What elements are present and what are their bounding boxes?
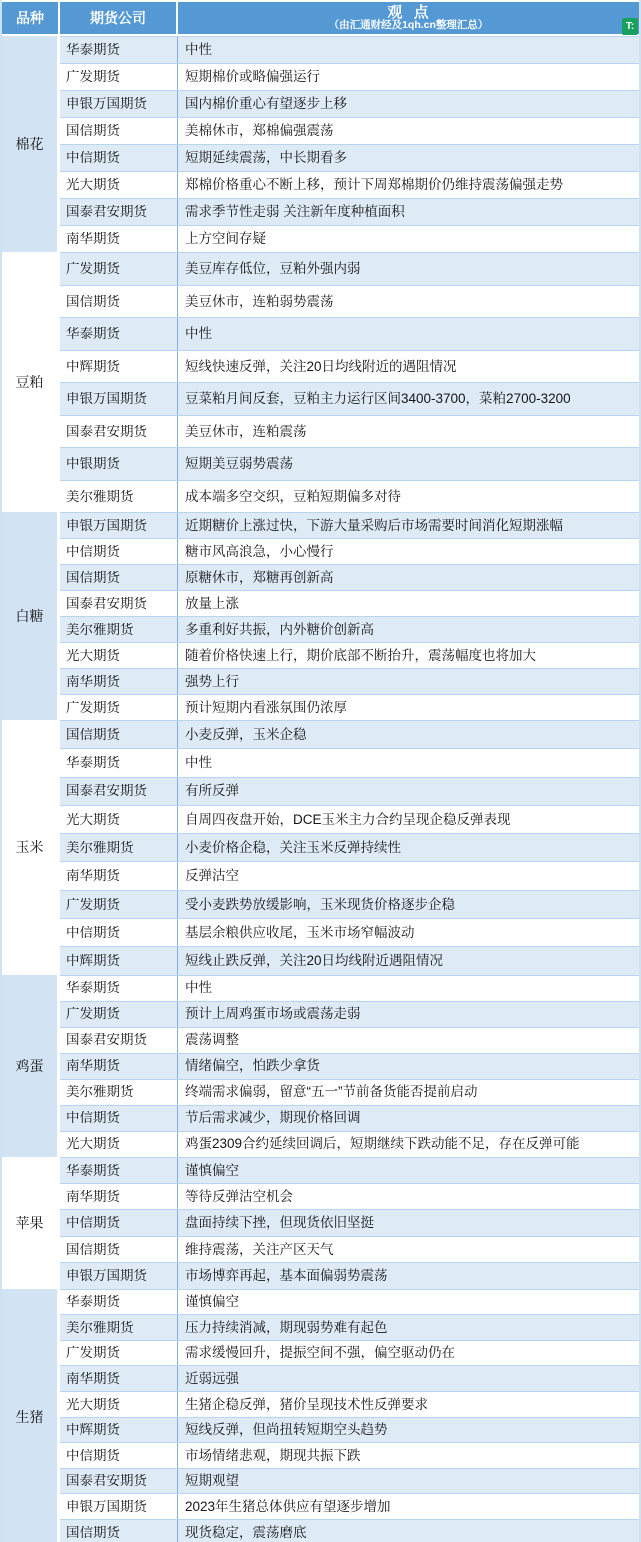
opinion-cell: 维持震荡，关注产区天气: [177, 1237, 639, 1262]
opinion-cell: 现货稳定，震荡磨底: [177, 1520, 639, 1542]
company-cell: 南华期货: [60, 869, 177, 883]
table-row: 广发期货短期棉价或略偏强运行: [60, 63, 639, 90]
opinion-cell: 郑棉价格重心不断上移，预计下周郑棉期价仍维持震荡偏强走势: [177, 172, 639, 198]
table-row: 国泰君安期货需求季节性走弱 关注新年度种植面积: [60, 198, 639, 225]
opinion-cell: 鸡蛋2309合约延续回调后，短期继续下跌动能不足，存在反弹可能: [177, 1132, 639, 1157]
company-cell: 国信期货: [60, 728, 177, 742]
opinion-cell: 短线快速反弹，关注20日均线附近的遇阻情况: [177, 351, 639, 383]
opinion-cell: 2023年生猪总体供应有望逐步增加: [177, 1494, 639, 1519]
opinion-cell: 近弱远强: [177, 1366, 639, 1391]
table-row: 光大期货随着价格快速上行，期价底部不断抬升，震荡幅度也将加大: [60, 642, 639, 668]
table-row: 光大期货郑棉价格重心不断上移，预计下周郑棉期价仍维持震荡偏强走势: [60, 171, 639, 198]
table-row: 国信期货原糖休市，郑糖再创新高: [60, 564, 639, 590]
company-cell: 中信期货: [60, 545, 177, 559]
section-rows: 华泰期货谨慎偏空美尔雅期货压力持续消减，期现弱势难有起色广发期货需求缓慢回升，提…: [60, 1289, 639, 1542]
opinion-cell: 市场博弈再起，基本面偏弱势震荡: [177, 1263, 639, 1288]
table-row: 国泰君安期货短期观望: [60, 1468, 639, 1494]
opinion-cell: 国内棉价重心有望逐步上移: [177, 91, 639, 117]
opinion-cell: 节后需求减少，期现价格回调: [177, 1106, 639, 1131]
table-row: 美尔雅期货压力持续消减，期现弱势难有起色: [60, 1314, 639, 1340]
company-cell: 中信期货: [60, 151, 177, 165]
variety-cell: 白糖: [2, 512, 60, 720]
company-cell: 申银万国期货: [60, 392, 177, 406]
commodity-section: 生猪华泰期货谨慎偏空美尔雅期货压力持续消减，期现弱势难有起色广发期货需求缓慢回升…: [2, 1289, 639, 1542]
variety-cell: 鸡蛋: [2, 975, 60, 1157]
commodity-section: 玉米国信期货小麦反弹，玉米企稳华泰期货中性国泰君安期货有所反弹光大期货自周四夜盘…: [2, 720, 639, 975]
opinion-cell: 美豆库存低位，豆粕外强内弱: [177, 253, 639, 285]
table-row: 国泰君安期货美豆休市，连粕震荡: [60, 415, 639, 448]
table-row: 国泰君安期货有所反弹: [60, 777, 639, 805]
company-cell: 申银万国期货: [60, 1269, 177, 1283]
table-row: 中辉期货短线反弹，但尚扭转短期空头趋势: [60, 1417, 639, 1443]
opinion-cell: 反弹沽空: [177, 862, 639, 889]
opinion-cell: 盘面持续下挫，但现货依旧坚挺: [177, 1210, 639, 1235]
company-cell: 华泰期货: [60, 981, 177, 995]
company-cell: 国泰君安期货: [60, 205, 177, 219]
opinion-cell: 美豆休市，连粕震荡: [177, 416, 639, 448]
variety-cell: 玉米: [2, 720, 60, 975]
section-rows: 华泰期货中性广发期货预计上周鸡蛋市场或震荡走弱国泰君安期货震荡调整南华期货情绪偏…: [60, 975, 639, 1157]
company-cell: 华泰期货: [60, 43, 177, 57]
header-viewpoint-title: 观 点: [387, 5, 429, 21]
company-cell: 国信期货: [60, 124, 177, 138]
table-row: 中信期货糖市风高浪急，小心慢行: [60, 538, 639, 564]
table-row: 中信期货基层余粮供应收尾，玉米市场窄幅波动: [60, 918, 639, 946]
company-cell: 中辉期货: [60, 360, 177, 374]
company-cell: 广发期货: [60, 898, 177, 912]
table-row: 华泰期货中性: [60, 317, 639, 350]
table-row: 华泰期货中性: [60, 748, 639, 776]
opinion-cell: 短期延续震荡，中长期看多: [177, 145, 639, 171]
opinion-cell: 上方空间存疑: [177, 226, 639, 252]
section-rows: 华泰期货中性广发期货短期棉价或略偏强运行申银万国期货国内棉价重心有望逐步上移国信…: [60, 36, 639, 252]
company-cell: 国泰君安期货: [60, 784, 177, 798]
opinion-cell: 受小麦跌势放缓影响，玉米现货价格逐步企稳: [177, 891, 639, 918]
company-cell: 中信期货: [60, 1216, 177, 1230]
opinion-cell: 短线止跌反弹，关注20日均线附近遇阻情况: [177, 947, 639, 974]
table-row: 中辉期货短线快速反弹，关注20日均线附近的遇阻情况: [60, 350, 639, 383]
table-row: 申银万国期货国内棉价重心有望逐步上移: [60, 90, 639, 117]
table-row: 中辉期货短线止跌反弹，关注20日均线附近遇阻情况: [60, 946, 639, 974]
commodity-section: 棉花华泰期货中性广发期货短期棉价或略偏强运行申银万国期货国内棉价重心有望逐步上移…: [2, 36, 639, 252]
company-cell: 国信期货: [60, 295, 177, 309]
company-cell: 广发期货: [60, 1007, 177, 1021]
company-cell: 华泰期货: [60, 1295, 177, 1309]
company-cell: 光大期货: [60, 813, 177, 827]
opinion-cell: 美棉休市，郑棉偏强震荡: [177, 118, 639, 144]
table-row: 南华期货情绪偏空，怕跌少拿货: [60, 1053, 639, 1079]
variety-cell: 棉花: [2, 36, 60, 252]
company-cell: 中银期货: [60, 457, 177, 471]
commodity-section: 白糖申银万国期货近期糖价上涨过快，下游大量采购后市场需要时间消化短期涨幅中信期货…: [2, 512, 639, 720]
green-tag-icon[interactable]: T:: [622, 18, 638, 35]
table-row: 南华期货强势上行: [60, 668, 639, 694]
opinion-cell: 需求缓慢回升，提振空间不强，偏空驱动仍在: [177, 1341, 639, 1366]
table-row: 广发期货预计短期内看涨氛围仍浓厚: [60, 694, 639, 720]
table-row: 中银期货短期美豆弱势震荡: [60, 447, 639, 480]
table-row: 华泰期货中性: [60, 36, 639, 63]
table-row: 国信期货现货稳定，震荡磨底: [60, 1519, 639, 1542]
opinion-cell: 中性: [177, 976, 639, 1001]
opinion-cell: 生猪企稳反弹，猪价呈现技术性反弹要求: [177, 1392, 639, 1417]
opinion-cell: 强势上行: [177, 669, 639, 694]
header-viewpoint: 观 点 （由汇通财经及1qh.cn整理汇总）: [178, 2, 639, 34]
company-cell: 中信期货: [60, 926, 177, 940]
company-cell: 中辉期货: [60, 954, 177, 968]
opinion-cell: 豆菜粕月间反套，豆粕主力运行区间3400-3700，菜粕2700-3200: [177, 383, 639, 415]
table-row: 中信期货短期延续震荡，中长期看多: [60, 144, 639, 171]
table-row: 华泰期货谨慎偏空: [60, 1157, 639, 1183]
opinion-cell: 预计上周鸡蛋市场或震荡走弱: [177, 1002, 639, 1027]
opinion-cell: 谨慎偏空: [177, 1290, 639, 1315]
company-cell: 中信期货: [60, 1449, 177, 1463]
futures-opinions-table: 品种 期货公司 观 点 （由汇通财经及1qh.cn整理汇总） 棉花华泰期货中性广…: [0, 0, 641, 1542]
company-cell: 国泰君安期货: [60, 1474, 177, 1488]
section-rows: 华泰期货谨慎偏空南华期货等待反弹沽空机会中信期货盘面持续下挫，但现货依旧坚挺国信…: [60, 1157, 639, 1289]
company-cell: 国信期货: [60, 1243, 177, 1257]
company-cell: 美尔雅期货: [60, 1321, 177, 1335]
table-row: 广发期货需求缓慢回升，提振空间不强，偏空驱动仍在: [60, 1340, 639, 1366]
table-row: 美尔雅期货成本端多空交织，豆粕短期偏多对待: [60, 480, 639, 513]
opinion-cell: 放量上涨: [177, 591, 639, 616]
header-variety: 品种: [2, 2, 60, 34]
opinion-cell: 随着价格快速上行，期价底部不断抬升，震荡幅度也将加大: [177, 643, 639, 668]
company-cell: 光大期货: [60, 178, 177, 192]
opinion-cell: 自周四夜盘开始，DCE玉米主力合约呈现企稳反弹表现: [177, 806, 639, 833]
company-cell: 广发期货: [60, 701, 177, 715]
company-cell: 中信期货: [60, 1111, 177, 1125]
opinion-cell: 多重利好共振，内外糖价创新高: [177, 617, 639, 642]
table-row: 国信期货维持震荡，关注产区天气: [60, 1236, 639, 1262]
opinion-cell: 成本端多空交织，豆粕短期偏多对待: [177, 481, 639, 513]
table-row: 光大期货鸡蛋2309合约延续回调后，短期继续下跌动能不足，存在反弹可能: [60, 1131, 639, 1157]
company-cell: 申银万国期货: [60, 519, 177, 533]
opinion-cell: 中性: [177, 37, 639, 63]
opinion-cell: 糖市风高浪急，小心慢行: [177, 539, 639, 564]
opinion-cell: 等待反弹沽空机会: [177, 1184, 639, 1209]
company-cell: 中辉期货: [60, 1423, 177, 1437]
opinion-cell: 中性: [177, 318, 639, 350]
table-row: 国信期货美豆休市，连粕弱势震荡: [60, 285, 639, 318]
table-row: 国泰君安期货震荡调整: [60, 1027, 639, 1053]
opinion-cell: 终端需求偏弱，留意“五一”节前备货能否提前启动: [177, 1080, 639, 1105]
company-cell: 光大期货: [60, 1137, 177, 1151]
table-row: 中信期货盘面持续下挫，但现货依旧坚挺: [60, 1209, 639, 1235]
company-cell: 广发期货: [60, 70, 177, 84]
company-cell: 南华期货: [60, 232, 177, 246]
table-row: 美尔雅期货小麦价格企稳，关注玉米反弹持续性: [60, 833, 639, 861]
table-row: 申银万国期货豆菜粕月间反套，豆粕主力运行区间3400-3700，菜粕2700-3…: [60, 382, 639, 415]
opinion-cell: 谨慎偏空: [177, 1158, 639, 1183]
section-rows: 国信期货小麦反弹，玉米企稳华泰期货中性国泰君安期货有所反弹光大期货自周四夜盘开始…: [60, 720, 639, 975]
table-row: 南华期货反弹沽空: [60, 861, 639, 889]
table-row: 申银万国期货市场博弈再起，基本面偏弱势震荡: [60, 1262, 639, 1288]
opinion-cell: 震荡调整: [177, 1028, 639, 1053]
table-row: 南华期货近弱远强: [60, 1365, 639, 1391]
opinion-cell: 小麦价格企稳，关注玉米反弹持续性: [177, 834, 639, 861]
company-cell: 华泰期货: [60, 756, 177, 770]
company-cell: 华泰期货: [60, 1164, 177, 1178]
opinion-cell: 情绪偏空，怕跌少拿货: [177, 1054, 639, 1079]
opinion-cell: 短线反弹，但尚扭转短期空头趋势: [177, 1418, 639, 1443]
company-cell: 南华期货: [60, 1372, 177, 1386]
company-cell: 光大期货: [60, 1398, 177, 1412]
opinion-cell: 短期棉价或略偏强运行: [177, 64, 639, 90]
opinion-cell: 小麦反弹，玉米企稳: [177, 721, 639, 748]
table-row: 申银万国期货近期糖价上涨过快，下游大量采购后市场需要时间消化短期涨幅: [60, 512, 639, 538]
table-row: 中信期货节后需求减少，期现价格回调: [60, 1105, 639, 1131]
company-cell: 美尔雅期货: [60, 623, 177, 637]
table-row: 光大期货生猪企稳反弹，猪价呈现技术性反弹要求: [60, 1391, 639, 1417]
opinion-cell: 近期糖价上涨过快，下游大量采购后市场需要时间消化短期涨幅: [177, 513, 639, 538]
opinion-cell: 需求季节性走弱 关注新年度种植面积: [177, 199, 639, 225]
company-cell: 国泰君安期货: [60, 597, 177, 611]
section-rows: 申银万国期货近期糖价上涨过快，下游大量采购后市场需要时间消化短期涨幅中信期货糖市…: [60, 512, 639, 720]
table-row: 国信期货小麦反弹，玉米企稳: [60, 720, 639, 748]
table-row: 美尔雅期货终端需求偏弱，留意“五一”节前备货能否提前启动: [60, 1079, 639, 1105]
opinion-cell: 基层余粮供应收尾，玉米市场窄幅波动: [177, 919, 639, 946]
company-cell: 国泰君安期货: [60, 425, 177, 439]
header-company: 期货公司: [60, 2, 178, 34]
variety-cell: 苹果: [2, 1157, 60, 1289]
table-row: 申银万国期货2023年生猪总体供应有望逐步增加: [60, 1493, 639, 1519]
company-cell: 美尔雅期货: [60, 841, 177, 855]
opinion-cell: 原糖休市，郑糖再创新高: [177, 565, 639, 590]
company-cell: 广发期货: [60, 1346, 177, 1360]
table-row: 广发期货受小麦跌势放缓影响，玉米现货价格逐步企稳: [60, 890, 639, 918]
company-cell: 光大期货: [60, 649, 177, 663]
company-cell: 南华期货: [60, 1190, 177, 1204]
opinion-cell: 市场情绪悲观，期现共振下跌: [177, 1443, 639, 1468]
section-rows: 广发期货美豆库存低位，豆粕外强内弱国信期货美豆休市，连粕弱势震荡华泰期货中性中辉…: [60, 252, 639, 512]
opinion-cell: 有所反弹: [177, 778, 639, 805]
table-row: 国信期货美棉休市，郑棉偏强震荡: [60, 117, 639, 144]
company-cell: 广发期货: [60, 262, 177, 276]
variety-cell: 豆粕: [2, 252, 60, 512]
company-cell: 南华期货: [60, 1059, 177, 1073]
company-cell: 美尔雅期货: [60, 490, 177, 504]
header-viewpoint-subtitle: （由汇通财经及1qh.cn整理汇总）: [329, 20, 489, 31]
company-cell: 申银万国期货: [60, 1500, 177, 1514]
opinion-cell: 短期美豆弱势震荡: [177, 448, 639, 480]
opinion-cell: 预计短期内看涨氛围仍浓厚: [177, 695, 639, 720]
table-row: 中信期货市场情绪悲观，期现共振下跌: [60, 1442, 639, 1468]
table-body: 棉花华泰期货中性广发期货短期棉价或略偏强运行申银万国期货国内棉价重心有望逐步上移…: [2, 36, 639, 1542]
opinion-cell: 压力持续消减，期现弱势难有起色: [177, 1315, 639, 1340]
commodity-section: 苹果华泰期货谨慎偏空南华期货等待反弹沽空机会中信期货盘面持续下挫，但现货依旧坚挺…: [2, 1157, 639, 1289]
table-row: 光大期货自周四夜盘开始，DCE玉米主力合约呈现企稳反弹表现: [60, 805, 639, 833]
opinion-cell: 短期观望: [177, 1469, 639, 1494]
table-row: 广发期货美豆库存低位，豆粕外强内弱: [60, 252, 639, 285]
company-cell: 华泰期货: [60, 327, 177, 341]
company-cell: 申银万国期货: [60, 97, 177, 111]
company-cell: 国信期货: [60, 1526, 177, 1540]
opinion-cell: 中性: [177, 749, 639, 776]
company-cell: 美尔雅期货: [60, 1085, 177, 1099]
opinion-cell: 美豆休市，连粕弱势震荡: [177, 286, 639, 318]
company-cell: 国信期货: [60, 571, 177, 585]
commodity-section: 豆粕广发期货美豆库存低位，豆粕外强内弱国信期货美豆休市，连粕弱势震荡华泰期货中性…: [2, 252, 639, 512]
company-cell: 南华期货: [60, 675, 177, 689]
table-row: 广发期货预计上周鸡蛋市场或震荡走弱: [60, 1001, 639, 1027]
commodity-section: 鸡蛋华泰期货中性广发期货预计上周鸡蛋市场或震荡走弱国泰君安期货震荡调整南华期货情…: [2, 975, 639, 1157]
table-row: 华泰期货谨慎偏空: [60, 1289, 639, 1315]
table-row: 华泰期货中性: [60, 975, 639, 1001]
table-row: 南华期货等待反弹沽空机会: [60, 1183, 639, 1209]
table-header: 品种 期货公司 观 点 （由汇通财经及1qh.cn整理汇总）: [2, 2, 639, 34]
table-row: 美尔雅期货多重利好共振，内外糖价创新高: [60, 616, 639, 642]
table-row: 国泰君安期货放量上涨: [60, 590, 639, 616]
company-cell: 国泰君安期货: [60, 1033, 177, 1047]
variety-cell: 生猪: [2, 1289, 60, 1542]
table-row: 南华期货上方空间存疑: [60, 225, 639, 252]
